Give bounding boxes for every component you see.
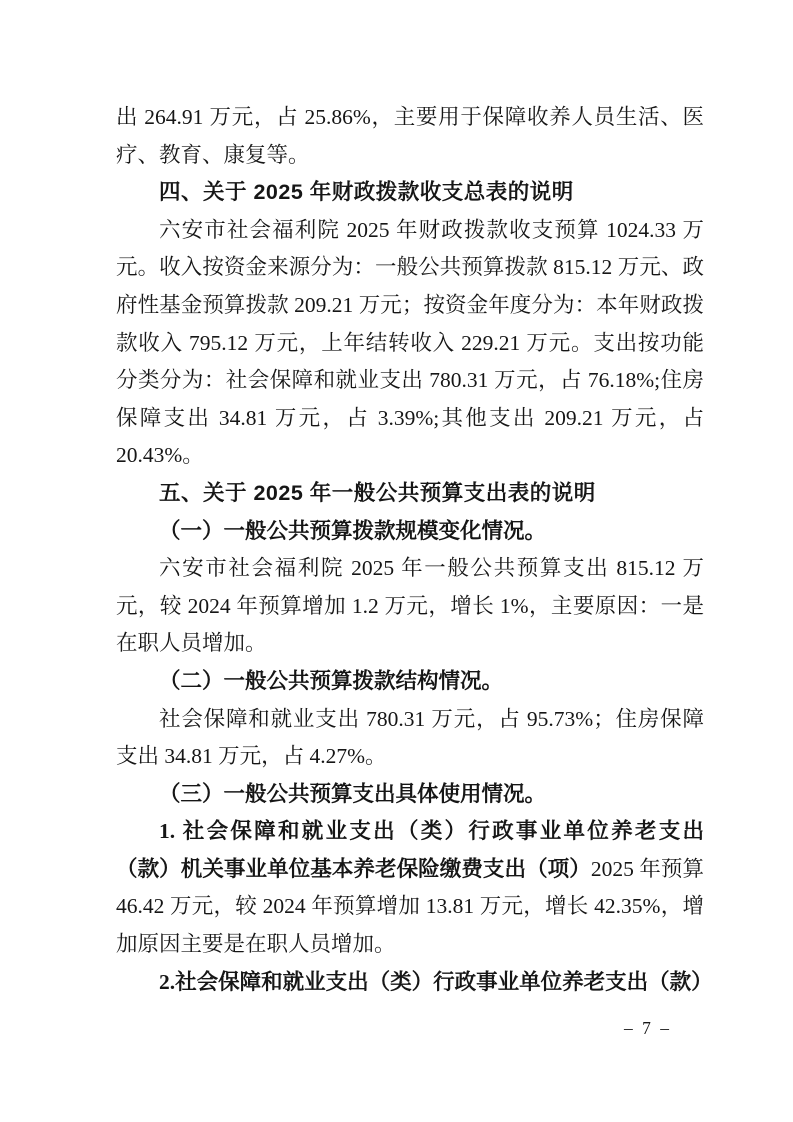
page-number: – 7 – xyxy=(624,1017,672,1039)
section-4-heading: 四、关于 2025 年财政拨款收支总表的说明 xyxy=(116,174,704,212)
document-body: 出 264.91 万元，占 25.86%，主要用于保障收养人员生活、医疗、教育、… xyxy=(116,99,704,1001)
section-5-sub-2-paragraph: 社会保障和就业支出 780.31 万元，占 95.73%；住房保障支出 34.8… xyxy=(116,701,704,776)
section-5-sub-2-heading: （二）一般公共预算拨款结构情况。 xyxy=(116,663,704,701)
document-page: 出 264.91 万元，占 25.86%，主要用于保障收养人员生活、医疗、教育、… xyxy=(0,0,793,1122)
section-5-heading: 五、关于 2025 年一般公共预算支出表的说明 xyxy=(116,475,704,513)
section-5-sub-1-paragraph: 六安市社会福利院 2025 年一般公共预算支出 815.12 万元，较 2024… xyxy=(116,550,704,663)
budget-item-2-title: 2.社会保障和就业支出（类）行政事业单位养老支出（款） xyxy=(116,964,704,1002)
section-5-sub-1-heading: （一）一般公共预算拨款规模变化情况。 xyxy=(116,513,704,551)
carryover-paragraph: 出 264.91 万元，占 25.86%，主要用于保障收养人员生活、医疗、教育、… xyxy=(116,99,704,174)
budget-item-1-paragraph: 1. 社会保障和就业支出（类）行政事业单位养老支出（款）机关事业单位基本养老保险… xyxy=(116,813,704,963)
section-5-sub-3-heading: （三）一般公共预算支出具体使用情况。 xyxy=(116,776,704,814)
section-4-paragraph: 六安市社会福利院 2025 年财政拨款收支预算 1024.33 万元。收入按资金… xyxy=(116,212,704,475)
